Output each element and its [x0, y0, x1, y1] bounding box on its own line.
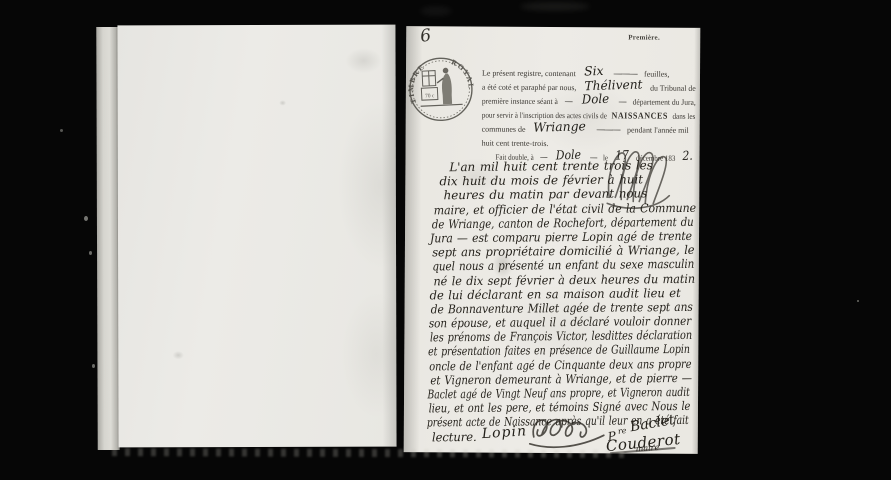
top-smudge: [420, 6, 452, 16]
signature-maire-title: maire: [635, 443, 659, 453]
print-text: première instance séant à: [482, 97, 558, 106]
signature-lopin: Lopin: [481, 423, 527, 442]
page-number: 6: [419, 26, 432, 47]
stamp-figure: [436, 68, 452, 105]
stamp-right-text: ROYAL: [449, 56, 475, 91]
print-text: communes de: [482, 125, 526, 134]
print-text: dans les: [672, 112, 695, 121]
dust-speck: [89, 251, 92, 255]
registry-sheets-count: Six: [584, 64, 604, 79]
dust-speck: [92, 364, 95, 368]
print-text: du Tribunal de: [650, 84, 696, 93]
dust-speck: [857, 300, 859, 302]
birth-act-text: L'an mil huit cent trente trois les dix …: [431, 158, 700, 444]
bottom-page-edges-texture: [112, 448, 632, 458]
print-text: département du Jura,: [633, 97, 696, 106]
blank-fill-line: ———: [596, 125, 620, 135]
top-smudge: [520, 2, 590, 11]
dust-speck: [84, 216, 88, 221]
stamp-press: [419, 69, 463, 106]
series-label: Première.: [628, 33, 660, 41]
print-text: pendant l'année mil: [627, 125, 689, 134]
gutter-shadow: [381, 25, 396, 447]
book-left-page: [117, 25, 396, 448]
print-text: huit cent trente-trois.: [482, 139, 549, 148]
preamble-line-3: première instance séant à — Dole — dépar…: [482, 92, 686, 107]
tribunal-city: Dole: [581, 92, 609, 107]
commune-name: Wriange: [533, 119, 586, 135]
left-page-fore-edge: [96, 27, 119, 450]
scan-background: 6 Première. TIMBRE ROYAL: [0, 0, 891, 480]
preamble-line-1: Le présent registre, contenant Six ——— f…: [482, 64, 696, 79]
preamble-line-5: communes de Wriange ——— pendant l'année …: [482, 120, 696, 135]
father-signature-flourish: [528, 413, 608, 453]
dust-speck: [60, 129, 63, 132]
acte-type-naissances: NAISSANCES: [611, 110, 667, 120]
book-right-page: 6 Première. TIMBRE ROYAL: [404, 26, 701, 454]
timbre-royal-stamp: TIMBRE ROYAL 70 c: [406, 55, 475, 124]
stamp-value: 70 c: [425, 93, 435, 99]
